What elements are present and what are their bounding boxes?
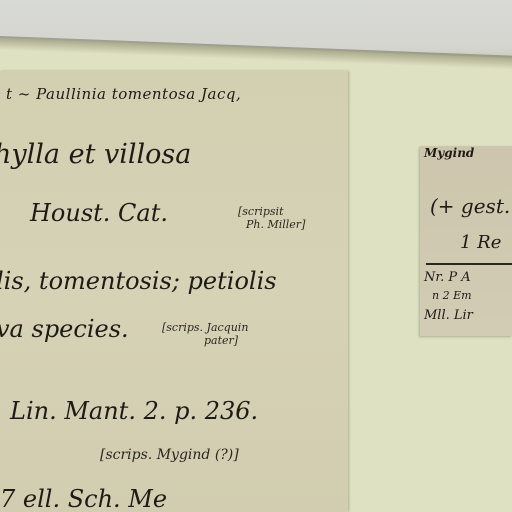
small-label-line-4: Nr. P A: [424, 270, 471, 285]
note-miller: [scripsit Ph. Miller]: [238, 205, 305, 231]
label-line-2: hylla et villosa: [0, 139, 191, 170]
note-mygind: [scrips. Mygind (?)]: [100, 449, 239, 462]
main-herbarium-label: t ~ Paullinia tomentosa Jacq, hylla et v…: [0, 71, 348, 512]
label-line-4: lis, tomentosis; petiolis: [0, 267, 277, 295]
note-jacquin: [scrips. Jacquin pater]: [162, 321, 248, 347]
label-line-3: Houst. Cat.: [30, 199, 168, 227]
small-label-line-5: n 2 Em: [432, 289, 472, 302]
small-label-divider: [426, 263, 512, 265]
secondary-herbarium-label: Mygind (+ gest. 1 Re Nr. P A n 2 Em Mll.…: [420, 146, 512, 336]
label-line-5: va species.: [0, 315, 129, 343]
small-label-line-2: (+ gest.: [430, 194, 510, 218]
label-line-1: t ~ Paullinia tomentosa Jacq,: [6, 85, 241, 103]
note-miller-line-2: Ph. Miller]: [238, 218, 305, 231]
small-label-line-6: Mll. Lir: [424, 308, 473, 323]
label-line-bottom-partial: 7 ell. Sch. Me: [0, 485, 167, 512]
note-jacquin-line-2: pater]: [162, 334, 248, 347]
note-jacquin-line-1: [scrips. Jacquin: [162, 321, 248, 334]
small-label-line-3: 1 Re: [460, 232, 501, 253]
note-miller-line-1: [scripsit: [238, 205, 305, 218]
small-label-line-1: Mygind: [424, 146, 474, 160]
label-line-6: Lin. Mant. 2. p. 236.: [10, 397, 258, 425]
